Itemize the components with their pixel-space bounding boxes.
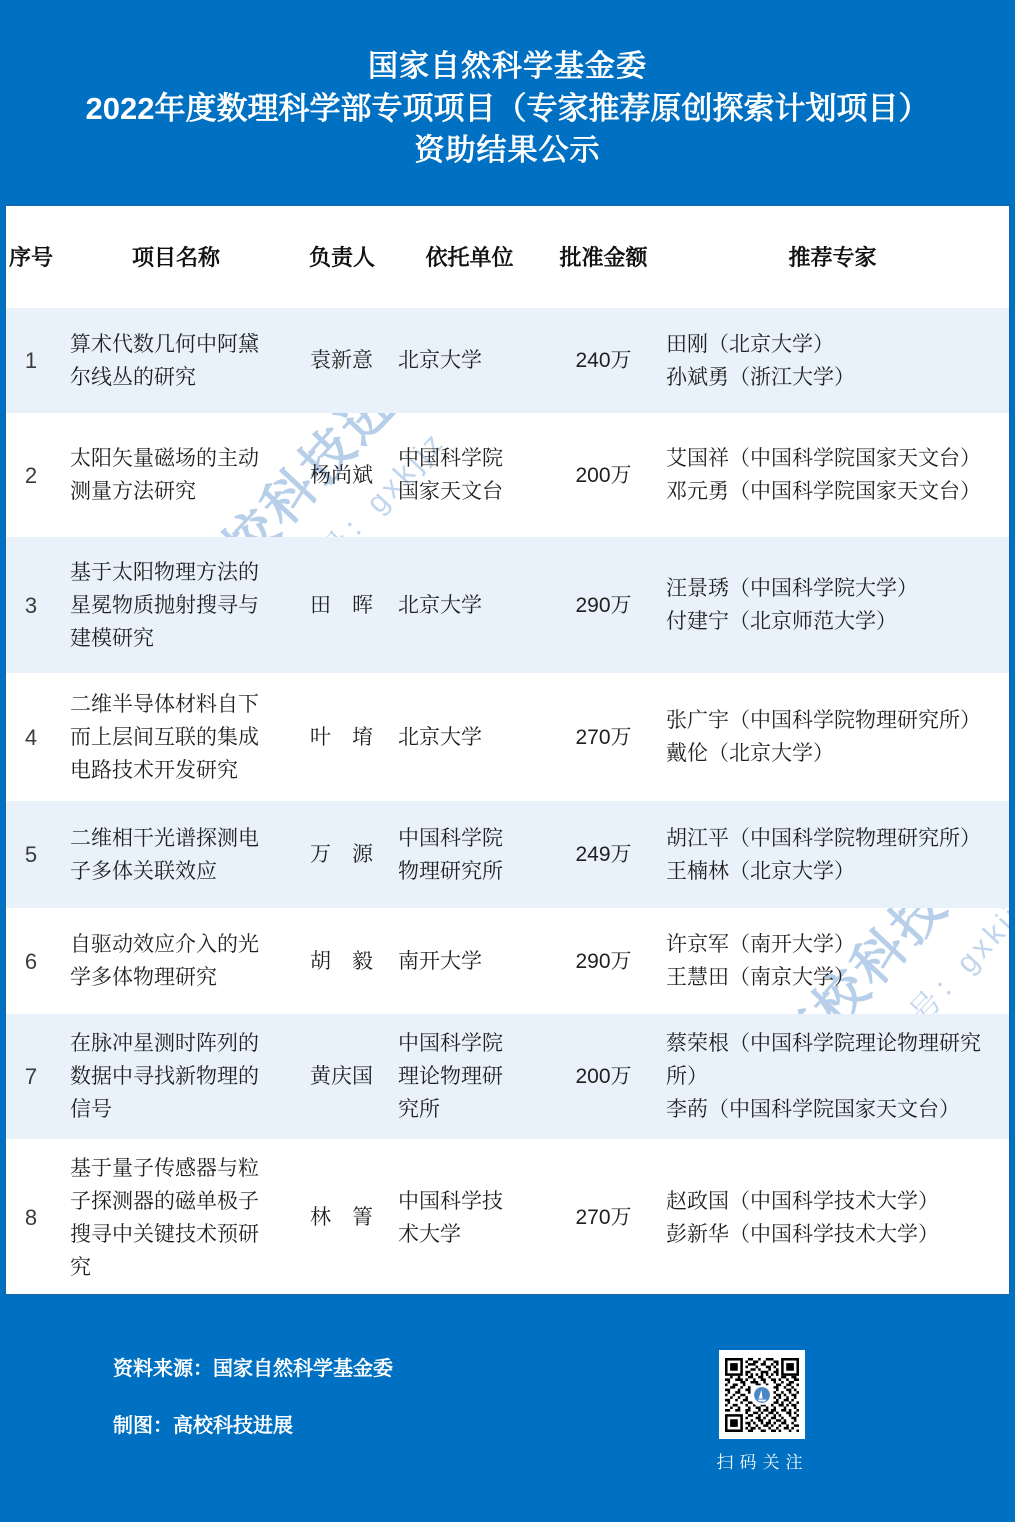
- recommending-experts: 赵政国（中国科学技术大学） 彭新华（中国科学技术大学）: [656, 1139, 1009, 1295]
- row-no: 8: [6, 1139, 56, 1295]
- recommending-experts: 艾国祥（中国科学院国家天文台） 邓元勇（中国科学院国家天文台）: [656, 413, 1009, 537]
- table-header-row: 序号 项目名称 负责人 依托单位 批准金额 推荐专家: [6, 206, 1009, 308]
- title-org: 国家自然科学基金委: [0, 46, 1015, 88]
- table-row: 4 二维半导体材料自下而上层间互联的集成电路技术开发研究 叶 堉 北京大学 27…: [6, 673, 1009, 801]
- approved-amount: 200万: [551, 413, 656, 537]
- principal-investigator: 田 晖: [296, 537, 388, 673]
- announcement-poster: 国家自然科学基金委 2022年度数理科学部专项项目（专家推荐原创探索计划项目） …: [0, 0, 1015, 1522]
- project-name: 二维相干光谱探测电子多体关联效应: [56, 801, 296, 908]
- expert: 王楠林（北京大学）: [666, 855, 855, 888]
- recommending-experts: 田刚（北京大学） 孙斌勇（浙江大学）: [656, 308, 1009, 413]
- row-no: 4: [6, 673, 56, 801]
- row-no: 1: [6, 308, 56, 413]
- project-name: 自驱动效应介入的光学多体物理研究: [56, 908, 296, 1014]
- expert: 蔡荣根（中国科学院理论物理研究所）: [666, 1027, 991, 1093]
- row-no: 6: [6, 908, 56, 1014]
- qr-code: [719, 1350, 805, 1439]
- institution: 中国科学院物理研究所: [388, 801, 551, 908]
- institution: 北京大学: [388, 537, 551, 673]
- project-name: 基于太阳物理方法的星冕物质抛射搜寻与建模研究: [56, 537, 296, 673]
- expert: 李菂（中国科学院国家天文台）: [666, 1093, 960, 1126]
- recommending-experts: 蔡荣根（中国科学院理论物理研究所） 李菂（中国科学院国家天文台）: [656, 1014, 1009, 1139]
- row-no: 3: [6, 537, 56, 673]
- institution: 中国科学技术大学: [388, 1139, 551, 1295]
- table-row: 6 自驱动效应介入的光学多体物理研究 胡 毅 南开大学 290万 许京军（南开大…: [6, 908, 1009, 1014]
- expert: 邓元勇（中国科学院国家天文台）: [666, 475, 981, 508]
- recommending-experts: 胡江平（中国科学院物理研究所） 王楠林（北京大学）: [656, 801, 1009, 908]
- principal-investigator: 袁新意: [296, 308, 388, 413]
- recommending-experts: 汪景琇（中国科学院大学） 付建宁（北京师范大学）: [656, 537, 1009, 673]
- col-header-amount: 批准金额: [551, 206, 656, 308]
- approved-amount: 270万: [551, 1139, 656, 1295]
- col-header-project: 项目名称: [56, 206, 296, 308]
- expert: 张广宇（中国科学院物理研究所）: [666, 704, 981, 737]
- page-title: 国家自然科学基金委 2022年度数理科学部专项项目（专家推荐原创探索计划项目） …: [0, 46, 1015, 172]
- expert: 付建宁（北京师范大学）: [666, 605, 897, 638]
- expert: 胡江平（中国科学院物理研究所）: [666, 822, 981, 855]
- row-no: 7: [6, 1014, 56, 1139]
- institution: 北京大学: [388, 308, 551, 413]
- principal-investigator: 万 源: [296, 801, 388, 908]
- table-row: 5 二维相干光谱探测电子多体关联效应 万 源 中国科学院物理研究所 249万 胡…: [6, 801, 1009, 908]
- principal-investigator: 林 箐: [296, 1139, 388, 1295]
- approved-amount: 290万: [551, 537, 656, 673]
- principal-investigator: 叶 堉: [296, 673, 388, 801]
- project-name: 算术代数几何中阿黛尔线丛的研究: [56, 308, 296, 413]
- data-source-text: 资料来源：国家自然科学基金委: [113, 1352, 393, 1381]
- approved-amount: 290万: [551, 908, 656, 1014]
- approved-amount: 270万: [551, 673, 656, 801]
- table-row: 8 基于量子传感器与粒子探测器的磁单极子搜寻中关键技术预研究 林 箐 中国科学技…: [6, 1139, 1009, 1295]
- approved-amount: 240万: [551, 308, 656, 413]
- project-name: 基于量子传感器与粒子探测器的磁单极子搜寻中关键技术预研究: [56, 1139, 296, 1295]
- project-name: 太阳矢量磁场的主动测量方法研究: [56, 413, 296, 537]
- table-row: 2 太阳矢量磁场的主动测量方法研究 杨尚斌 中国科学院国家天文台 200万 艾国…: [6, 413, 1009, 537]
- expert: 艾国祥（中国科学院国家天文台）: [666, 442, 981, 475]
- institution: 中国科学院国家天文台: [388, 413, 551, 537]
- recommending-experts: 许京军（南开大学） 王慧田（南京大学）: [656, 908, 1009, 1014]
- credit-text: 制图：高校科技进展: [113, 1409, 293, 1438]
- title-subject: 资助结果公示: [0, 130, 1015, 172]
- project-name: 在脉冲星测时阵列的数据中寻找新物理的信号: [56, 1014, 296, 1139]
- recommending-experts: 张广宇（中国科学院物理研究所） 戴伦（北京大学）: [656, 673, 1009, 801]
- col-header-institution: 依托单位: [388, 206, 551, 308]
- title-program: 2022年度数理科学部专项项目（专家推荐原创探索计划项目）: [0, 88, 1015, 130]
- expert: 孙斌勇（浙江大学）: [666, 361, 855, 394]
- results-table: 高校科技进展 微信号：gxkjjz 高校科技进展 微信号：gxkjjz 序号 项…: [5, 205, 1010, 1295]
- row-no: 2: [6, 413, 56, 537]
- institution: 南开大学: [388, 908, 551, 1014]
- expert: 戴伦（北京大学）: [666, 737, 834, 770]
- principal-investigator: 胡 毅: [296, 908, 388, 1014]
- qr-caption: 扫码关注: [705, 1448, 820, 1473]
- approved-amount: 249万: [551, 801, 656, 908]
- col-header-no: 序号: [6, 206, 56, 308]
- row-no: 5: [6, 801, 56, 908]
- qr-center-logo: [752, 1385, 771, 1404]
- expert: 王慧田（南京大学）: [666, 961, 855, 994]
- table-row: 1 算术代数几何中阿黛尔线丛的研究 袁新意 北京大学 240万 田刚（北京大学）…: [6, 308, 1009, 413]
- col-header-experts: 推荐专家: [656, 206, 1009, 308]
- expert: 汪景琇（中国科学院大学）: [666, 572, 918, 605]
- col-header-pi: 负责人: [296, 206, 388, 308]
- table-row: 3 基于太阳物理方法的星冕物质抛射搜寻与建模研究 田 晖 北京大学 290万 汪…: [6, 537, 1009, 673]
- institution: 北京大学: [388, 673, 551, 801]
- project-name: 二维半导体材料自下而上层间互联的集成电路技术开发研究: [56, 673, 296, 801]
- institution: 中国科学院理论物理研究所: [388, 1014, 551, 1139]
- approved-amount: 200万: [551, 1014, 656, 1139]
- qr-code-image: [725, 1358, 799, 1432]
- expert: 赵政国（中国科学技术大学）: [666, 1185, 939, 1218]
- expert: 彭新华（中国科学技术大学）: [666, 1218, 939, 1251]
- principal-investigator: 杨尚斌: [296, 413, 388, 537]
- expert: 许京军（南开大学）: [666, 928, 855, 961]
- table-row: 7 在脉冲星测时阵列的数据中寻找新物理的信号 黄庆国 中国科学院理论物理研究所 …: [6, 1014, 1009, 1139]
- principal-investigator: 黄庆国: [296, 1014, 388, 1139]
- expert: 田刚（北京大学）: [666, 328, 834, 361]
